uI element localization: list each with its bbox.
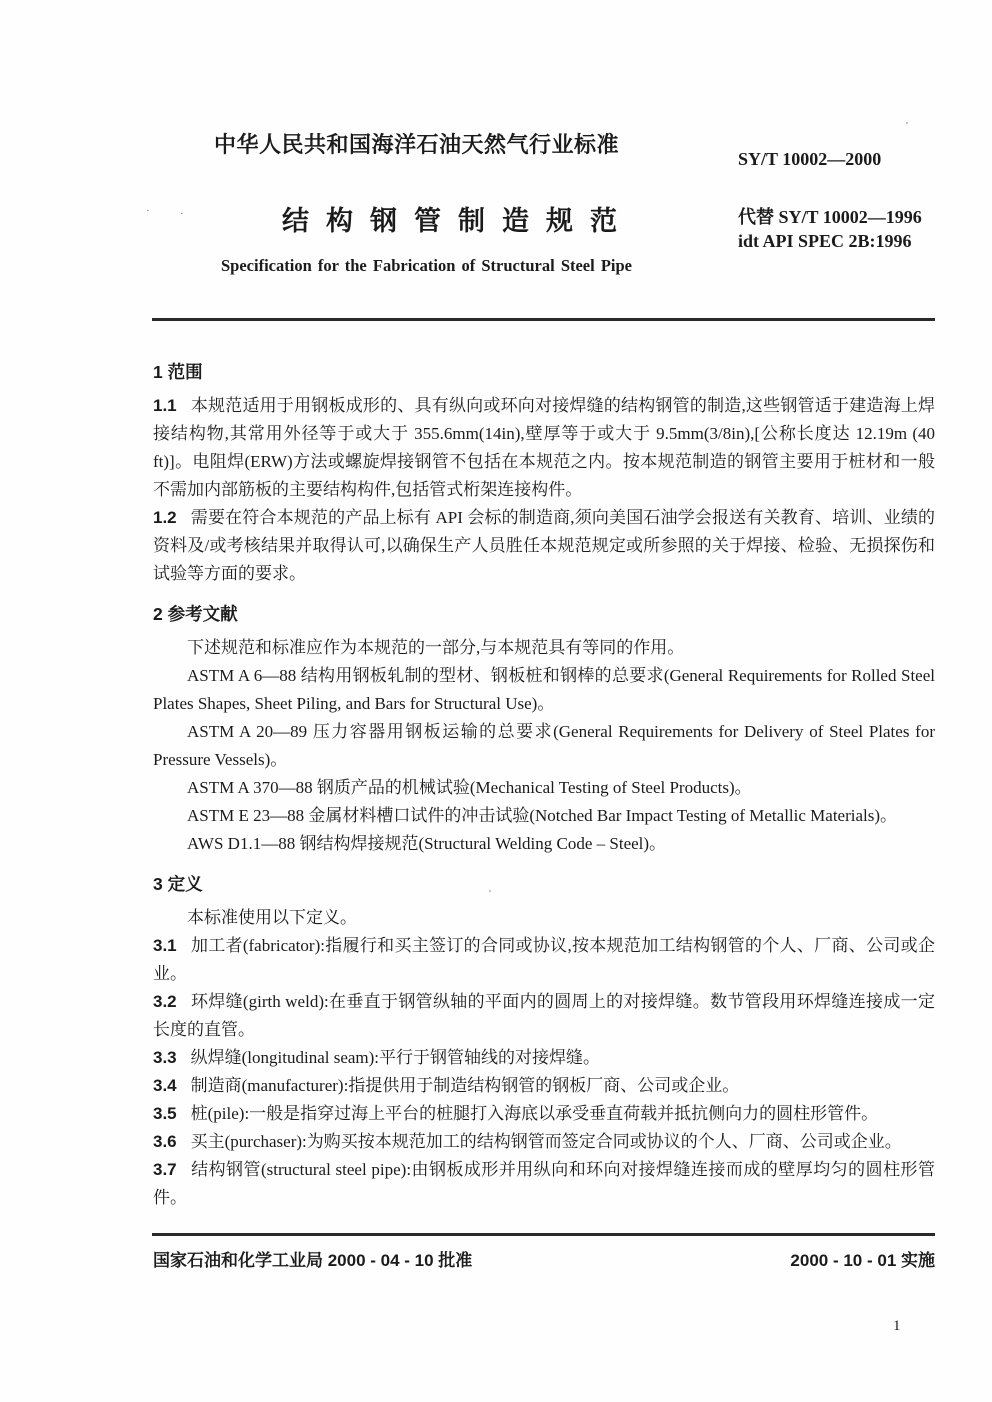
definition-3-1-number: 3.1: [153, 936, 177, 955]
definition-3-5: 3.5桩(pile):一般是指穿过海上平台的桩腿打入海底以承受垂直荷载并抵抗侧向…: [153, 1100, 935, 1128]
clause-1-2: 1.2需要在符合本规范的产品上标有 API 会标的制造商,须向美国石油学会报送有…: [153, 504, 935, 588]
definition-3-1-text: 加工者(fabricator):指履行和买主签订的合同或协议,按本规范加工结构钢…: [153, 936, 935, 983]
definition-3-4-number: 3.4: [153, 1076, 177, 1095]
reference-astm-a370: ASTM A 370—88 钢质产品的机械试验(Mechanical Testi…: [153, 774, 935, 802]
clause-1-2-text: 需要在符合本规范的产品上标有 API 会标的制造商,须向美国石油学会报送有关教育…: [153, 508, 935, 583]
idt-equivalence-note: idt API SPEC 2B:1996: [738, 231, 912, 252]
section-2-intro: 下述规范和标准应作为本规范的一部分,与本规范具有等同的作用。: [153, 634, 935, 662]
header-divider-rule: [152, 318, 935, 321]
clause-1-1: 1.1本规范适用于用钢板成形的、具有纵向或环向对接焊缝的结构钢管的制造,这些钢管…: [153, 392, 935, 504]
section-1-heading: 1 范围: [153, 358, 935, 386]
scan-artifact: ': [906, 120, 908, 132]
definition-3-2-number: 3.2: [153, 992, 177, 1011]
document-page: 中华人民共和国海洋石油天然气行业标准 SY/T 10002—2000 结构钢管制…: [0, 0, 992, 1402]
document-title-cn: 结构钢管制造规范: [282, 199, 634, 238]
scan-artifact: · .: [146, 205, 197, 217]
definition-3-1: 3.1加工者(fabricator):指履行和买主签订的合同或协议,按本规范加工…: [153, 932, 935, 988]
clause-1-2-number: 1.2: [153, 508, 177, 527]
footer-divider-rule: [152, 1233, 935, 1236]
reference-astm-a20: ASTM A 20—89 压力容器用钢板运输的总要求(General Requi…: [153, 718, 935, 774]
reference-aws-d11: AWS D1.1—88 钢结构焊接规范(Structural Welding C…: [153, 830, 935, 858]
clause-1-1-text: 本规范适用于用钢板成形的、具有纵向或环向对接焊缝的结构钢管的制造,这些钢管适于建…: [153, 396, 935, 499]
reference-astm-a6: ASTM A 6—88 结构用钢板轧制的型材、钢板桩和钢棒的总要求(Genera…: [153, 662, 935, 718]
document-body: 1 范围 1.1本规范适用于用钢板成形的、具有纵向或环向对接焊缝的结构钢管的制造…: [153, 352, 935, 1212]
definition-3-7-number: 3.7: [153, 1160, 177, 1179]
definition-3-2-text: 环焊缝(girth weld):在垂直于钢管纵轴的平面内的圆周上的对接焊缝。数节…: [153, 992, 935, 1039]
section-3-intro: 本标准使用以下定义。: [153, 904, 935, 932]
definition-3-3-text: 纵焊缝(longitudinal seam):平行于钢管轴线的对接焊缝。: [191, 1048, 600, 1067]
page-number: 1: [893, 1318, 901, 1335]
standard-number: SY/T 10002—2000: [738, 149, 881, 170]
definition-3-3-number: 3.3: [153, 1048, 177, 1067]
definition-3-3: 3.3纵焊缝(longitudinal seam):平行于钢管轴线的对接焊缝。: [153, 1044, 935, 1072]
definition-3-6-number: 3.6: [153, 1132, 177, 1151]
definition-3-4: 3.4制造商(manufacturer):指提供用于制造结构钢管的钢板厂商、公司…: [153, 1072, 935, 1100]
approval-note: 国家石油和化学工业局 2000 - 04 - 10 批准: [153, 1246, 472, 1271]
clause-1-1-number: 1.1: [153, 396, 177, 415]
reference-astm-e23: ASTM E 23—88 金属材料槽口试件的冲击试验(Notched Bar I…: [153, 802, 935, 830]
section-2-heading: 2 参考文献: [153, 600, 935, 628]
implementation-note: 2000 - 10 - 01 实施: [790, 1246, 935, 1271]
replaces-note: 代替 SY/T 10002—1996: [738, 203, 922, 229]
definition-3-6: 3.6买主(purchaser):为购买按本规范加工的结构钢管而签定合同或协议的…: [153, 1128, 935, 1156]
definition-3-5-text: 桩(pile):一般是指穿过海上平台的桩腿打入海底以承受垂直荷载并抵抗侧向力的圆…: [191, 1104, 879, 1123]
standard-category-label: 中华人民共和国海洋石油天然气行业标准: [214, 128, 619, 159]
definition-3-4-text: 制造商(manufacturer):指提供用于制造结构钢管的钢板厂商、公司或企业…: [191, 1076, 740, 1095]
definition-3-2: 3.2环焊缝(girth weld):在垂直于钢管纵轴的平面内的圆周上的对接焊缝…: [153, 988, 935, 1044]
section-3-heading: 3 定义: [153, 870, 935, 898]
definition-3-6-text: 买主(purchaser):为购买按本规范加工的结构钢管而签定合同或协议的个人、…: [191, 1132, 902, 1151]
definition-3-5-number: 3.5: [153, 1104, 177, 1123]
definition-3-7-text: 结构钢管(structural steel pipe):由钢板成形并用纵向和环向…: [153, 1160, 935, 1207]
definition-3-7: 3.7结构钢管(structural steel pipe):由钢板成形并用纵向…: [153, 1156, 935, 1212]
document-title-en: Specification for the Fabrication of Str…: [221, 256, 632, 276]
